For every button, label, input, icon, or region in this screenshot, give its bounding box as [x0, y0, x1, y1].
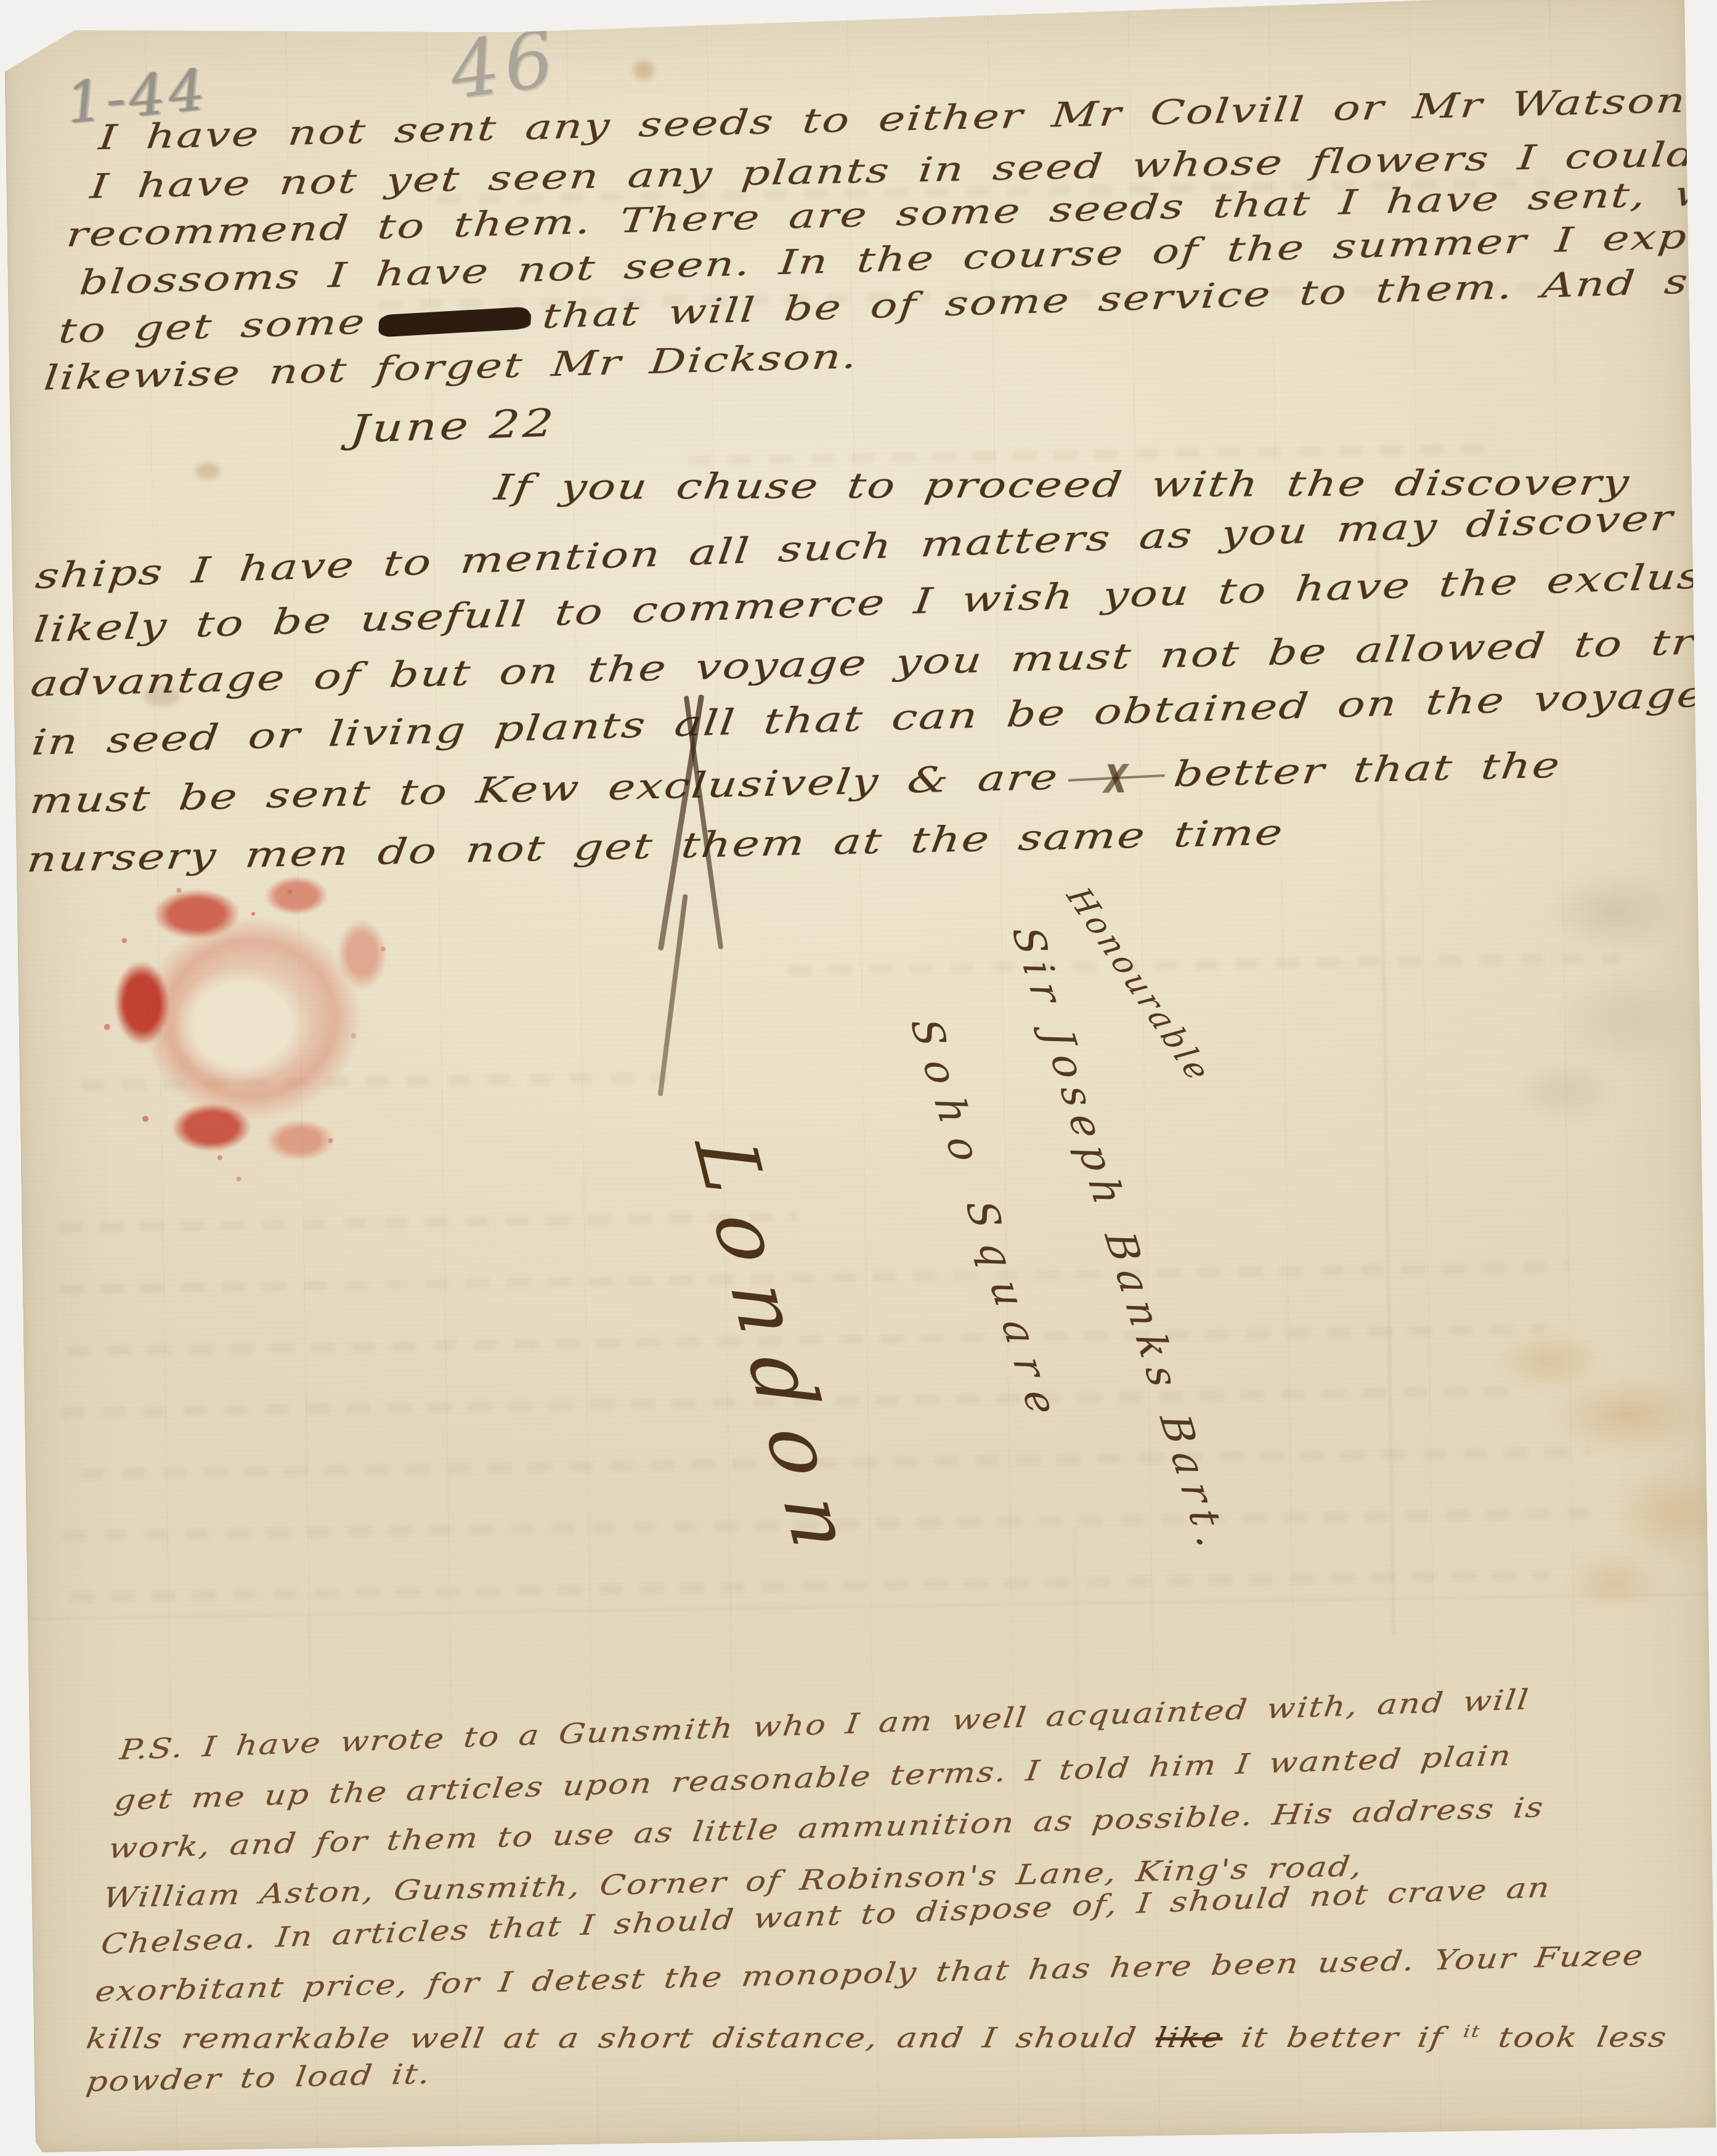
letter-line: If you chuse to proceed with the discove…	[492, 463, 1633, 508]
wax-speckles	[251, 912, 255, 916]
small-stain-spot	[633, 61, 654, 80]
red-wax-seal-stain	[102, 874, 400, 1163]
crossed-out-word-scribble	[1066, 763, 1166, 794]
letter-sheet: 1-44 46 I have not sent any seeds to eit…	[4, 0, 1716, 2152]
address-recipient-name: Sir Joseph Banks Bart.	[1002, 923, 1240, 1558]
address-block: Honourable Sir Joseph Banks Bart. Soho S…	[694, 837, 1630, 1651]
small-stain-spot	[195, 463, 220, 479]
letter-text: to get some	[57, 302, 368, 351]
inserted-word: it	[1462, 2022, 1482, 2041]
bleed-through-ghost	[688, 444, 1489, 466]
struck-word: like	[1153, 2021, 1225, 2054]
letter-text: better that the	[1172, 745, 1564, 795]
postscript-line: kills remarkable well at a short distanc…	[84, 2020, 1670, 2054]
letter-text: must be sent to Kew exclusively & are	[28, 757, 1061, 822]
date-line: June 22	[349, 400, 558, 452]
bleed-through-ghost	[59, 1212, 798, 1233]
address-city: London	[675, 1137, 877, 1573]
pencil-annotation-top: 46	[445, 14, 564, 117]
letter-text: it better if	[1239, 2021, 1447, 2054]
postscript-line: powder to load it.	[84, 2057, 434, 2098]
letter-text: took less	[1496, 2020, 1670, 2053]
letter-text: kills remarkable well at a short distanc…	[84, 2021, 1139, 2054]
address-street: Soho Square	[901, 1016, 1071, 1431]
ink-blot-strikethrough	[378, 307, 530, 338]
